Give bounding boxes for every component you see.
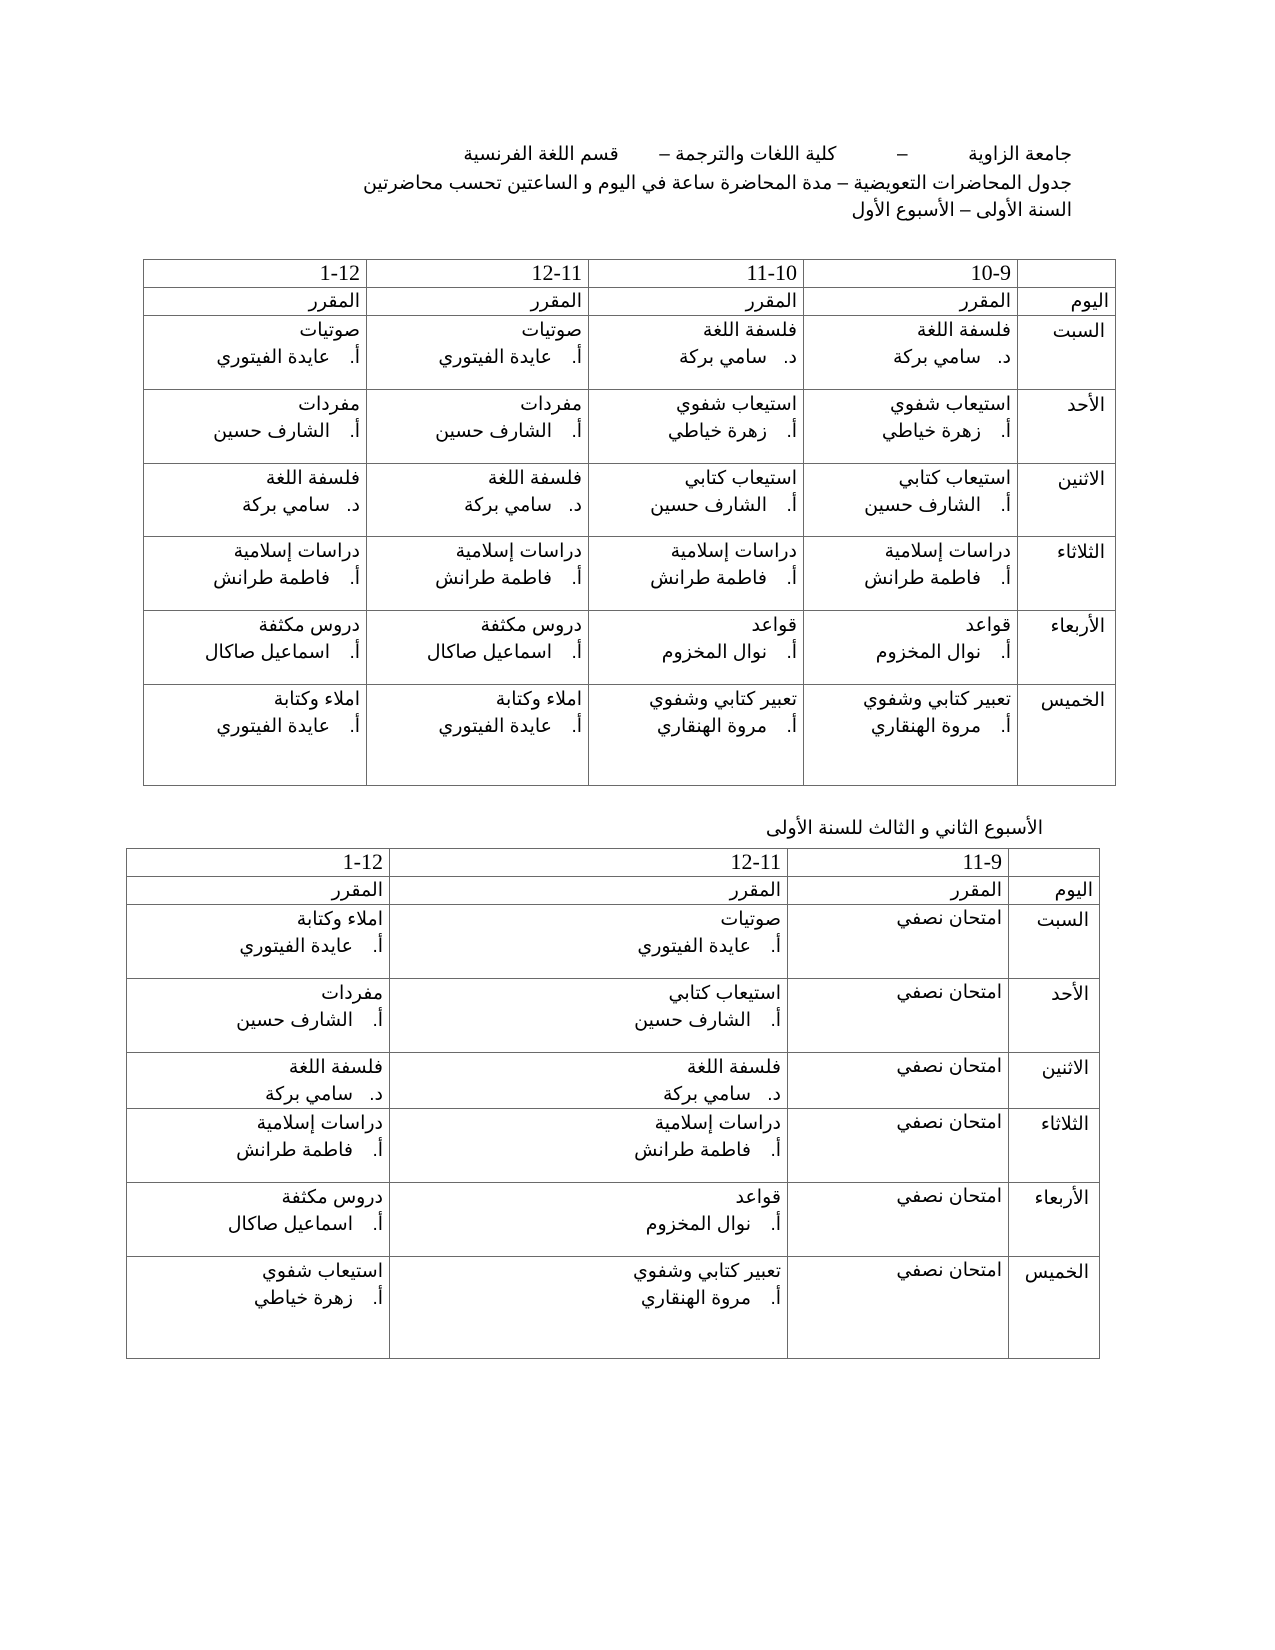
title-prefix: أ.: [330, 639, 360, 666]
instructor: أ.عايدة الفيتوري: [396, 933, 781, 960]
instructor: د.سامي بركة: [150, 492, 360, 519]
instructor: أ.فاطمة طرانش: [133, 1137, 383, 1164]
course-cell: مفرداتأ.الشارف حسين: [367, 390, 589, 464]
header-institution-line: جامعة الزاوية – كلية اللغات والترجمة – ق…: [463, 143, 1072, 167]
day-cell: السبت: [1009, 905, 1100, 979]
title-prefix: أ.: [981, 639, 1011, 666]
course-name: مفردات: [150, 390, 360, 418]
course-name: استيعاب شفوي: [810, 390, 1011, 418]
instructor: أ.زهرة خياطي: [810, 418, 1011, 445]
course-name: استيعاب كتابي: [595, 464, 797, 492]
schedule-row: الاثنينامتحان نصفيفلسفة اللغةد.سامي بركة…: [127, 1053, 1100, 1109]
course-cell: تعبير كتابي وشفويأ.مروة الهنقاري: [804, 685, 1018, 786]
instructor-name: الشارف حسين: [236, 1010, 353, 1031]
instructor-name: فاطمة طرانش: [236, 1140, 353, 1161]
course-cell: صوتياتأ.عايدة الفيتوري: [390, 905, 788, 979]
day-cell: الخميس: [1018, 685, 1116, 786]
instructor-name: زهرة خياطي: [254, 1288, 353, 1309]
day-cell: الاثنين: [1009, 1053, 1100, 1109]
instructor-name: نوال المخزوم: [662, 642, 767, 663]
title-prefix: د.: [330, 492, 360, 519]
instructor-name: الشارف حسين: [650, 495, 767, 516]
instructor-name: عايدة الفيتوري: [637, 936, 751, 957]
course-name: استيعاب كتابي: [810, 464, 1011, 492]
course-cell: استيعاب كتابيأ.الشارف حسين: [589, 464, 804, 537]
course-column-header: المقرر: [144, 288, 367, 316]
title-prefix: أ.: [767, 565, 797, 592]
title-prefix: أ.: [981, 713, 1011, 740]
instructor: أ.نوال المخزوم: [595, 639, 797, 666]
instructor: أ.مروة الهنقاري: [396, 1285, 781, 1312]
title-prefix: أ.: [353, 933, 383, 960]
course-name: تعبير كتابي وشفوي: [595, 685, 797, 713]
week2-3-title: الأسبوع الثاني و الثالث للسنة الأولى: [766, 817, 1043, 841]
instructor: أ.مروة الهنقاري: [595, 713, 797, 740]
time-header: 12-11: [390, 849, 788, 877]
schedule-description: جدول المحاضرات التعويضية – مدة المحاضرة …: [363, 172, 1072, 196]
course-cell: دروس مكثفةأ.اسماعيل صاكال: [144, 611, 367, 685]
course-cell: قواعدأ.نوال المخزوم: [804, 611, 1018, 685]
instructor: أ.فاطمة طرانش: [595, 565, 797, 592]
exam-cell: امتحان نصفي: [788, 979, 1009, 1053]
course-name: دروس مكثفة: [150, 611, 360, 639]
schedule-row: الأحدامتحان نصفياستيعاب كتابيأ.الشارف حس…: [127, 979, 1100, 1053]
instructor-name: سامي بركة: [242, 495, 330, 516]
day-cell: الثلاثاء: [1009, 1109, 1100, 1183]
sub-header-row: اليوم المقرر المقرر المقرر: [127, 877, 1100, 905]
instructor-name: نوال المخزوم: [646, 1214, 751, 1235]
title-prefix: أ.: [552, 565, 582, 592]
course-cell: استيعاب شفويأ.زهرة خياطي: [589, 390, 804, 464]
instructor: أ.الشارف حسين: [150, 418, 360, 445]
title-prefix: أ.: [330, 418, 360, 445]
course-cell: فلسفة اللغةد.سامي بركة: [804, 316, 1018, 390]
instructor-name: سامي بركة: [265, 1084, 353, 1105]
title-prefix: أ.: [751, 1211, 781, 1238]
course-cell: استيعاب كتابيأ.الشارف حسين: [804, 464, 1018, 537]
course-name: دروس مكثفة: [373, 611, 582, 639]
course-name: فلسفة اللغة: [150, 464, 360, 492]
day-cell: الأحد: [1018, 390, 1116, 464]
exam-cell: امتحان نصفي: [788, 1257, 1009, 1359]
course-name: فلسفة اللغة: [373, 464, 582, 492]
course-cell: دراسات إسلاميةأ.فاطمة طرانش: [589, 537, 804, 611]
department-name: قسم اللغة الفرنسية: [463, 144, 618, 165]
time-header: 1-12: [144, 260, 367, 288]
instructor-name: عايدة الفيتوري: [438, 716, 552, 737]
instructor-name: فاطمة طرانش: [634, 1140, 751, 1161]
title-prefix: د.: [751, 1081, 781, 1108]
instructor: أ.نوال المخزوم: [396, 1211, 781, 1238]
course-cell: فلسفة اللغةد.سامي بركة: [127, 1053, 390, 1109]
course-column-header: المقرر: [127, 877, 390, 905]
course-name: مفردات: [373, 390, 582, 418]
course-name: صوتيات: [396, 905, 781, 933]
instructor: أ.مروة الهنقاري: [810, 713, 1011, 740]
title-prefix: أ.: [353, 1007, 383, 1034]
course-cell: استيعاب شفويأ.زهرة خياطي: [127, 1257, 390, 1359]
course-name: فلسفة اللغة: [595, 316, 797, 344]
instructor-name: زهرة خياطي: [882, 421, 981, 442]
course-cell: دراسات إسلاميةأ.فاطمة طرانش: [390, 1109, 788, 1183]
title-prefix: أ.: [330, 565, 360, 592]
instructor: أ.الشارف حسين: [396, 1007, 781, 1034]
year-week-label: السنة الأولى – الأسبوع الأول: [851, 199, 1072, 223]
course-cell: دراسات إسلاميةأ.فاطمة طرانش: [367, 537, 589, 611]
exam-cell: امتحان نصفي: [788, 1109, 1009, 1183]
course-cell: استيعاب كتابيأ.الشارف حسين: [390, 979, 788, 1053]
course-name: فلسفة اللغة: [133, 1053, 383, 1081]
instructor-name: عايدة الفيتوري: [216, 716, 330, 737]
time-header: [1009, 849, 1100, 877]
instructor: أ.الشارف حسين: [373, 418, 582, 445]
schedule-row: الأحداستيعاب شفويأ.زهرة خياطياستيعاب شفو…: [144, 390, 1116, 464]
time-header-row: 10-9 11-10 12-11 1-12: [144, 260, 1116, 288]
title-prefix: أ.: [981, 492, 1011, 519]
course-cell: دراسات إسلاميةأ.فاطمة طرانش: [804, 537, 1018, 611]
instructor-name: مروة الهنقاري: [641, 1288, 751, 1309]
course-name: املاء وكتابة: [133, 905, 383, 933]
instructor: د.سامي بركة: [133, 1081, 383, 1108]
course-name: دراسات إسلامية: [595, 537, 797, 565]
schedule-row: الخميسامتحان نصفيتعبير كتابي وشفويأ.مروة…: [127, 1257, 1100, 1359]
instructor: أ.عايدة الفيتوري: [133, 933, 383, 960]
course-name: فلسفة اللغة: [396, 1053, 781, 1081]
time-header: [1018, 260, 1116, 288]
title-prefix: أ.: [751, 1285, 781, 1312]
schedule-row: الاثنيناستيعاب كتابيأ.الشارف حسيناستيعاب…: [144, 464, 1116, 537]
time-header: 10-9: [804, 260, 1018, 288]
instructor: أ.اسماعيل صاكال: [373, 639, 582, 666]
instructor: أ.فاطمة طرانش: [150, 565, 360, 592]
instructor-name: زهرة خياطي: [668, 421, 767, 442]
instructor: أ.زهرة خياطي: [133, 1285, 383, 1312]
schedule-row: الأربعاءامتحان نصفيقواعدأ.نوال المخزومدر…: [127, 1183, 1100, 1257]
course-column-header: المقرر: [788, 877, 1009, 905]
course-name: استيعاب شفوي: [595, 390, 797, 418]
day-cell: الأحد: [1009, 979, 1100, 1053]
title-prefix: أ.: [330, 344, 360, 371]
title-prefix: أ.: [552, 713, 582, 740]
instructor: د.سامي بركة: [373, 492, 582, 519]
course-cell: فلسفة اللغةد.سامي بركة: [390, 1053, 788, 1109]
course-cell: مفرداتأ.الشارف حسين: [127, 979, 390, 1053]
instructor: أ.عايدة الفيتوري: [150, 713, 360, 740]
title-prefix: أ.: [767, 492, 797, 519]
instructor-name: فاطمة طرانش: [435, 568, 552, 589]
course-name: فلسفة اللغة: [810, 316, 1011, 344]
course-column-header: المقرر: [589, 288, 804, 316]
course-cell: تعبير كتابي وشفويأ.مروة الهنقاري: [589, 685, 804, 786]
course-name: قواعد: [396, 1183, 781, 1211]
instructor-name: نوال المخزوم: [876, 642, 981, 663]
day-cell: الأربعاء: [1018, 611, 1116, 685]
instructor-name: سامي بركة: [893, 347, 981, 368]
faculty-name: كلية اللغات والترجمة –: [659, 144, 836, 165]
title-prefix: أ.: [751, 933, 781, 960]
title-prefix: أ.: [552, 639, 582, 666]
course-name: املاء وكتابة: [373, 685, 582, 713]
day-column-header: اليوم: [1009, 877, 1100, 905]
course-cell: تعبير كتابي وشفويأ.مروة الهنقاري: [390, 1257, 788, 1359]
instructor-name: فاطمة طرانش: [864, 568, 981, 589]
course-name: دراسات إسلامية: [150, 537, 360, 565]
instructor: أ.عايدة الفيتوري: [373, 344, 582, 371]
course-name: تعبير كتابي وشفوي: [810, 685, 1011, 713]
university-name: جامعة الزاوية: [968, 144, 1072, 165]
instructor: د.سامي بركة: [595, 344, 797, 371]
instructor: أ.الشارف حسين: [810, 492, 1011, 519]
course-cell: دراسات إسلاميةأ.فاطمة طرانش: [144, 537, 367, 611]
course-name: دراسات إسلامية: [810, 537, 1011, 565]
course-name: دراسات إسلامية: [396, 1109, 781, 1137]
instructor: أ.فاطمة طرانش: [810, 565, 1011, 592]
course-name: دراسات إسلامية: [133, 1109, 383, 1137]
instructor-name: عايدة الفيتوري: [438, 347, 552, 368]
course-name: استيعاب كتابي: [396, 979, 781, 1007]
course-name: املاء وكتابة: [150, 685, 360, 713]
schedule-row: الثلاثاءامتحان نصفيدراسات إسلاميةأ.فاطمة…: [127, 1109, 1100, 1183]
instructor: أ.الشارف حسين: [595, 492, 797, 519]
instructor-name: الشارف حسين: [213, 421, 330, 442]
title-prefix: أ.: [981, 565, 1011, 592]
schedule-row: الأربعاءقواعدأ.نوال المخزومقواعدأ.نوال ا…: [144, 611, 1116, 685]
course-name: استيعاب شفوي: [133, 1257, 383, 1285]
course-cell: صوتياتأ.عايدة الفيتوري: [367, 316, 589, 390]
title-prefix: أ.: [552, 344, 582, 371]
instructor: أ.زهرة خياطي: [595, 418, 797, 445]
title-prefix: أ.: [330, 713, 360, 740]
title-prefix: أ.: [353, 1285, 383, 1312]
instructor-name: اسماعيل صاكال: [427, 642, 552, 663]
time-header: 11-9: [788, 849, 1009, 877]
exam-cell: امتحان نصفي: [788, 1053, 1009, 1109]
instructor: د.سامي بركة: [396, 1081, 781, 1108]
course-column-header: المقرر: [367, 288, 589, 316]
course-name: دراسات إسلامية: [373, 537, 582, 565]
instructor: أ.عايدة الفيتوري: [373, 713, 582, 740]
instructor-name: اسماعيل صاكال: [228, 1214, 353, 1235]
instructor: أ.نوال المخزوم: [810, 639, 1011, 666]
week2-3-schedule-table: 11-9 12-11 1-12 اليوم المقرر المقرر المق…: [126, 848, 1100, 1359]
instructor-name: اسماعيل صاكال: [205, 642, 330, 663]
instructor-name: مروة الهنقاري: [871, 716, 981, 737]
course-name: مفردات: [133, 979, 383, 1007]
title-prefix: أ.: [353, 1211, 383, 1238]
course-cell: قواعدأ.نوال المخزوم: [589, 611, 804, 685]
title-prefix: أ.: [353, 1137, 383, 1164]
separator: –: [897, 144, 908, 165]
title-prefix: د.: [767, 344, 797, 371]
course-cell: صوتياتأ.عايدة الفيتوري: [144, 316, 367, 390]
instructor-name: سامي بركة: [679, 347, 767, 368]
course-cell: املاء وكتابةأ.عايدة الفيتوري: [367, 685, 589, 786]
title-prefix: د.: [353, 1081, 383, 1108]
schedule-row: السبتامتحان نصفيصوتياتأ.عايدة الفيتوريام…: [127, 905, 1100, 979]
instructor: أ.الشارف حسين: [133, 1007, 383, 1034]
instructor-name: عايدة الفيتوري: [216, 347, 330, 368]
instructor-name: فاطمة طرانش: [213, 568, 330, 589]
day-cell: الاثنين: [1018, 464, 1116, 537]
instructor-name: الشارف حسين: [634, 1010, 751, 1031]
schedule-row: الثلاثاءدراسات إسلاميةأ.فاطمة طرانشدراسا…: [144, 537, 1116, 611]
exam-cell: امتحان نصفي: [788, 1183, 1009, 1257]
instructor: أ.اسماعيل صاكال: [150, 639, 360, 666]
schedule-row: الخميستعبير كتابي وشفويأ.مروة الهنقاريتع…: [144, 685, 1116, 786]
day-cell: السبت: [1018, 316, 1116, 390]
time-header: 11-10: [589, 260, 804, 288]
course-name: قواعد: [810, 611, 1011, 639]
title-prefix: أ.: [767, 713, 797, 740]
course-name: صوتيات: [373, 316, 582, 344]
course-cell: دروس مكثفةأ.اسماعيل صاكال: [367, 611, 589, 685]
day-cell: الخميس: [1009, 1257, 1100, 1359]
instructor-name: الشارف حسين: [864, 495, 981, 516]
title-prefix: أ.: [751, 1137, 781, 1164]
week1-schedule-table: 10-9 11-10 12-11 1-12 اليوم المقرر المقر…: [143, 259, 1116, 786]
course-cell: دروس مكثفةأ.اسماعيل صاكال: [127, 1183, 390, 1257]
exam-cell: امتحان نصفي: [788, 905, 1009, 979]
time-header: 12-11: [367, 260, 589, 288]
course-cell: فلسفة اللغةد.سامي بركة: [367, 464, 589, 537]
instructor: أ.عايدة الفيتوري: [150, 344, 360, 371]
instructor-name: فاطمة طرانش: [650, 568, 767, 589]
schedule-row: السبتفلسفة اللغةد.سامي بركةفلسفة اللغةد.…: [144, 316, 1116, 390]
course-name: دروس مكثفة: [133, 1183, 383, 1211]
title-prefix: أ.: [751, 1007, 781, 1034]
instructor-name: سامي بركة: [464, 495, 552, 516]
course-cell: مفرداتأ.الشارف حسين: [144, 390, 367, 464]
course-cell: دراسات إسلاميةأ.فاطمة طرانش: [127, 1109, 390, 1183]
instructor-name: سامي بركة: [663, 1084, 751, 1105]
title-prefix: د.: [981, 344, 1011, 371]
day-cell: الثلاثاء: [1018, 537, 1116, 611]
course-cell: املاء وكتابةأ.عايدة الفيتوري: [127, 905, 390, 979]
course-cell: فلسفة اللغةد.سامي بركة: [589, 316, 804, 390]
instructor: أ.فاطمة طرانش: [373, 565, 582, 592]
instructor-name: الشارف حسين: [435, 421, 552, 442]
title-prefix: أ.: [767, 639, 797, 666]
instructor: أ.اسماعيل صاكال: [133, 1211, 383, 1238]
course-name: تعبير كتابي وشفوي: [396, 1257, 781, 1285]
title-prefix: د.: [552, 492, 582, 519]
sub-header-row: اليوم المقرر المقرر المقرر المقرر: [144, 288, 1116, 316]
time-header-row: 11-9 12-11 1-12: [127, 849, 1100, 877]
course-cell: فلسفة اللغةد.سامي بركة: [144, 464, 367, 537]
time-header: 1-12: [127, 849, 390, 877]
title-prefix: أ.: [767, 418, 797, 445]
instructor-name: مروة الهنقاري: [657, 716, 767, 737]
instructor-name: عايدة الفيتوري: [239, 936, 353, 957]
course-column-header: المقرر: [804, 288, 1018, 316]
title-prefix: أ.: [981, 418, 1011, 445]
instructor: د.سامي بركة: [810, 344, 1011, 371]
course-cell: املاء وكتابةأ.عايدة الفيتوري: [144, 685, 367, 786]
course-name: صوتيات: [150, 316, 360, 344]
instructor: أ.فاطمة طرانش: [396, 1137, 781, 1164]
course-cell: قواعدأ.نوال المخزوم: [390, 1183, 788, 1257]
course-cell: استيعاب شفويأ.زهرة خياطي: [804, 390, 1018, 464]
course-column-header: المقرر: [390, 877, 788, 905]
title-prefix: أ.: [552, 418, 582, 445]
day-column-header: اليوم: [1018, 288, 1116, 316]
course-name: قواعد: [595, 611, 797, 639]
day-cell: الأربعاء: [1009, 1183, 1100, 1257]
